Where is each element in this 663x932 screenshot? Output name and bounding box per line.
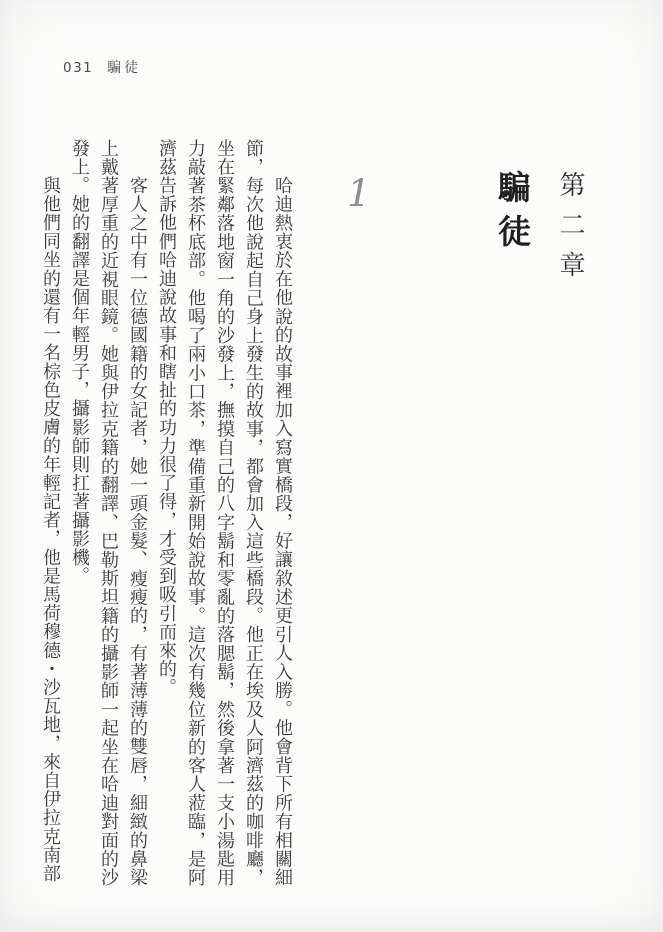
paragraph-3: 與他們同坐的還有一名棕色皮膚的年輕記者，他是馬荷穆德・沙瓦地，來自伊拉克南部 — [36, 139, 65, 887]
page-number: 031 — [63, 60, 93, 76]
running-title: 騙徒 — [107, 57, 141, 77]
body-text: 哈迪熱衷於在他說的故事裡加入寫實橋段，好讓敘述更引人入勝。他會背下所有相關細節，… — [35, 139, 297, 887]
chapter-number-label: 第二章 — [556, 171, 584, 291]
paragraph-1: 哈迪熱衷於在他說的故事裡加入寫實橋段，好讓敘述更引人入勝。他會背下所有相關細節，… — [152, 139, 297, 887]
chapter-title: 騙徒 — [493, 170, 528, 258]
paragraph-2: 客人之中有一位德國籍的女記者，她一頭金髮、瘦瘦的，有著薄薄的雙唇，細緻的鼻梁上戴… — [65, 139, 152, 887]
section-number: 1 — [347, 172, 371, 215]
book-page: 031 騙徒 第二章 騙徒 1 哈迪熱衷於在他說的故事裡加入寫實橋段，好讓敘述更… — [0, 0, 663, 932]
page-header: 031 騙徒 — [63, 57, 141, 77]
